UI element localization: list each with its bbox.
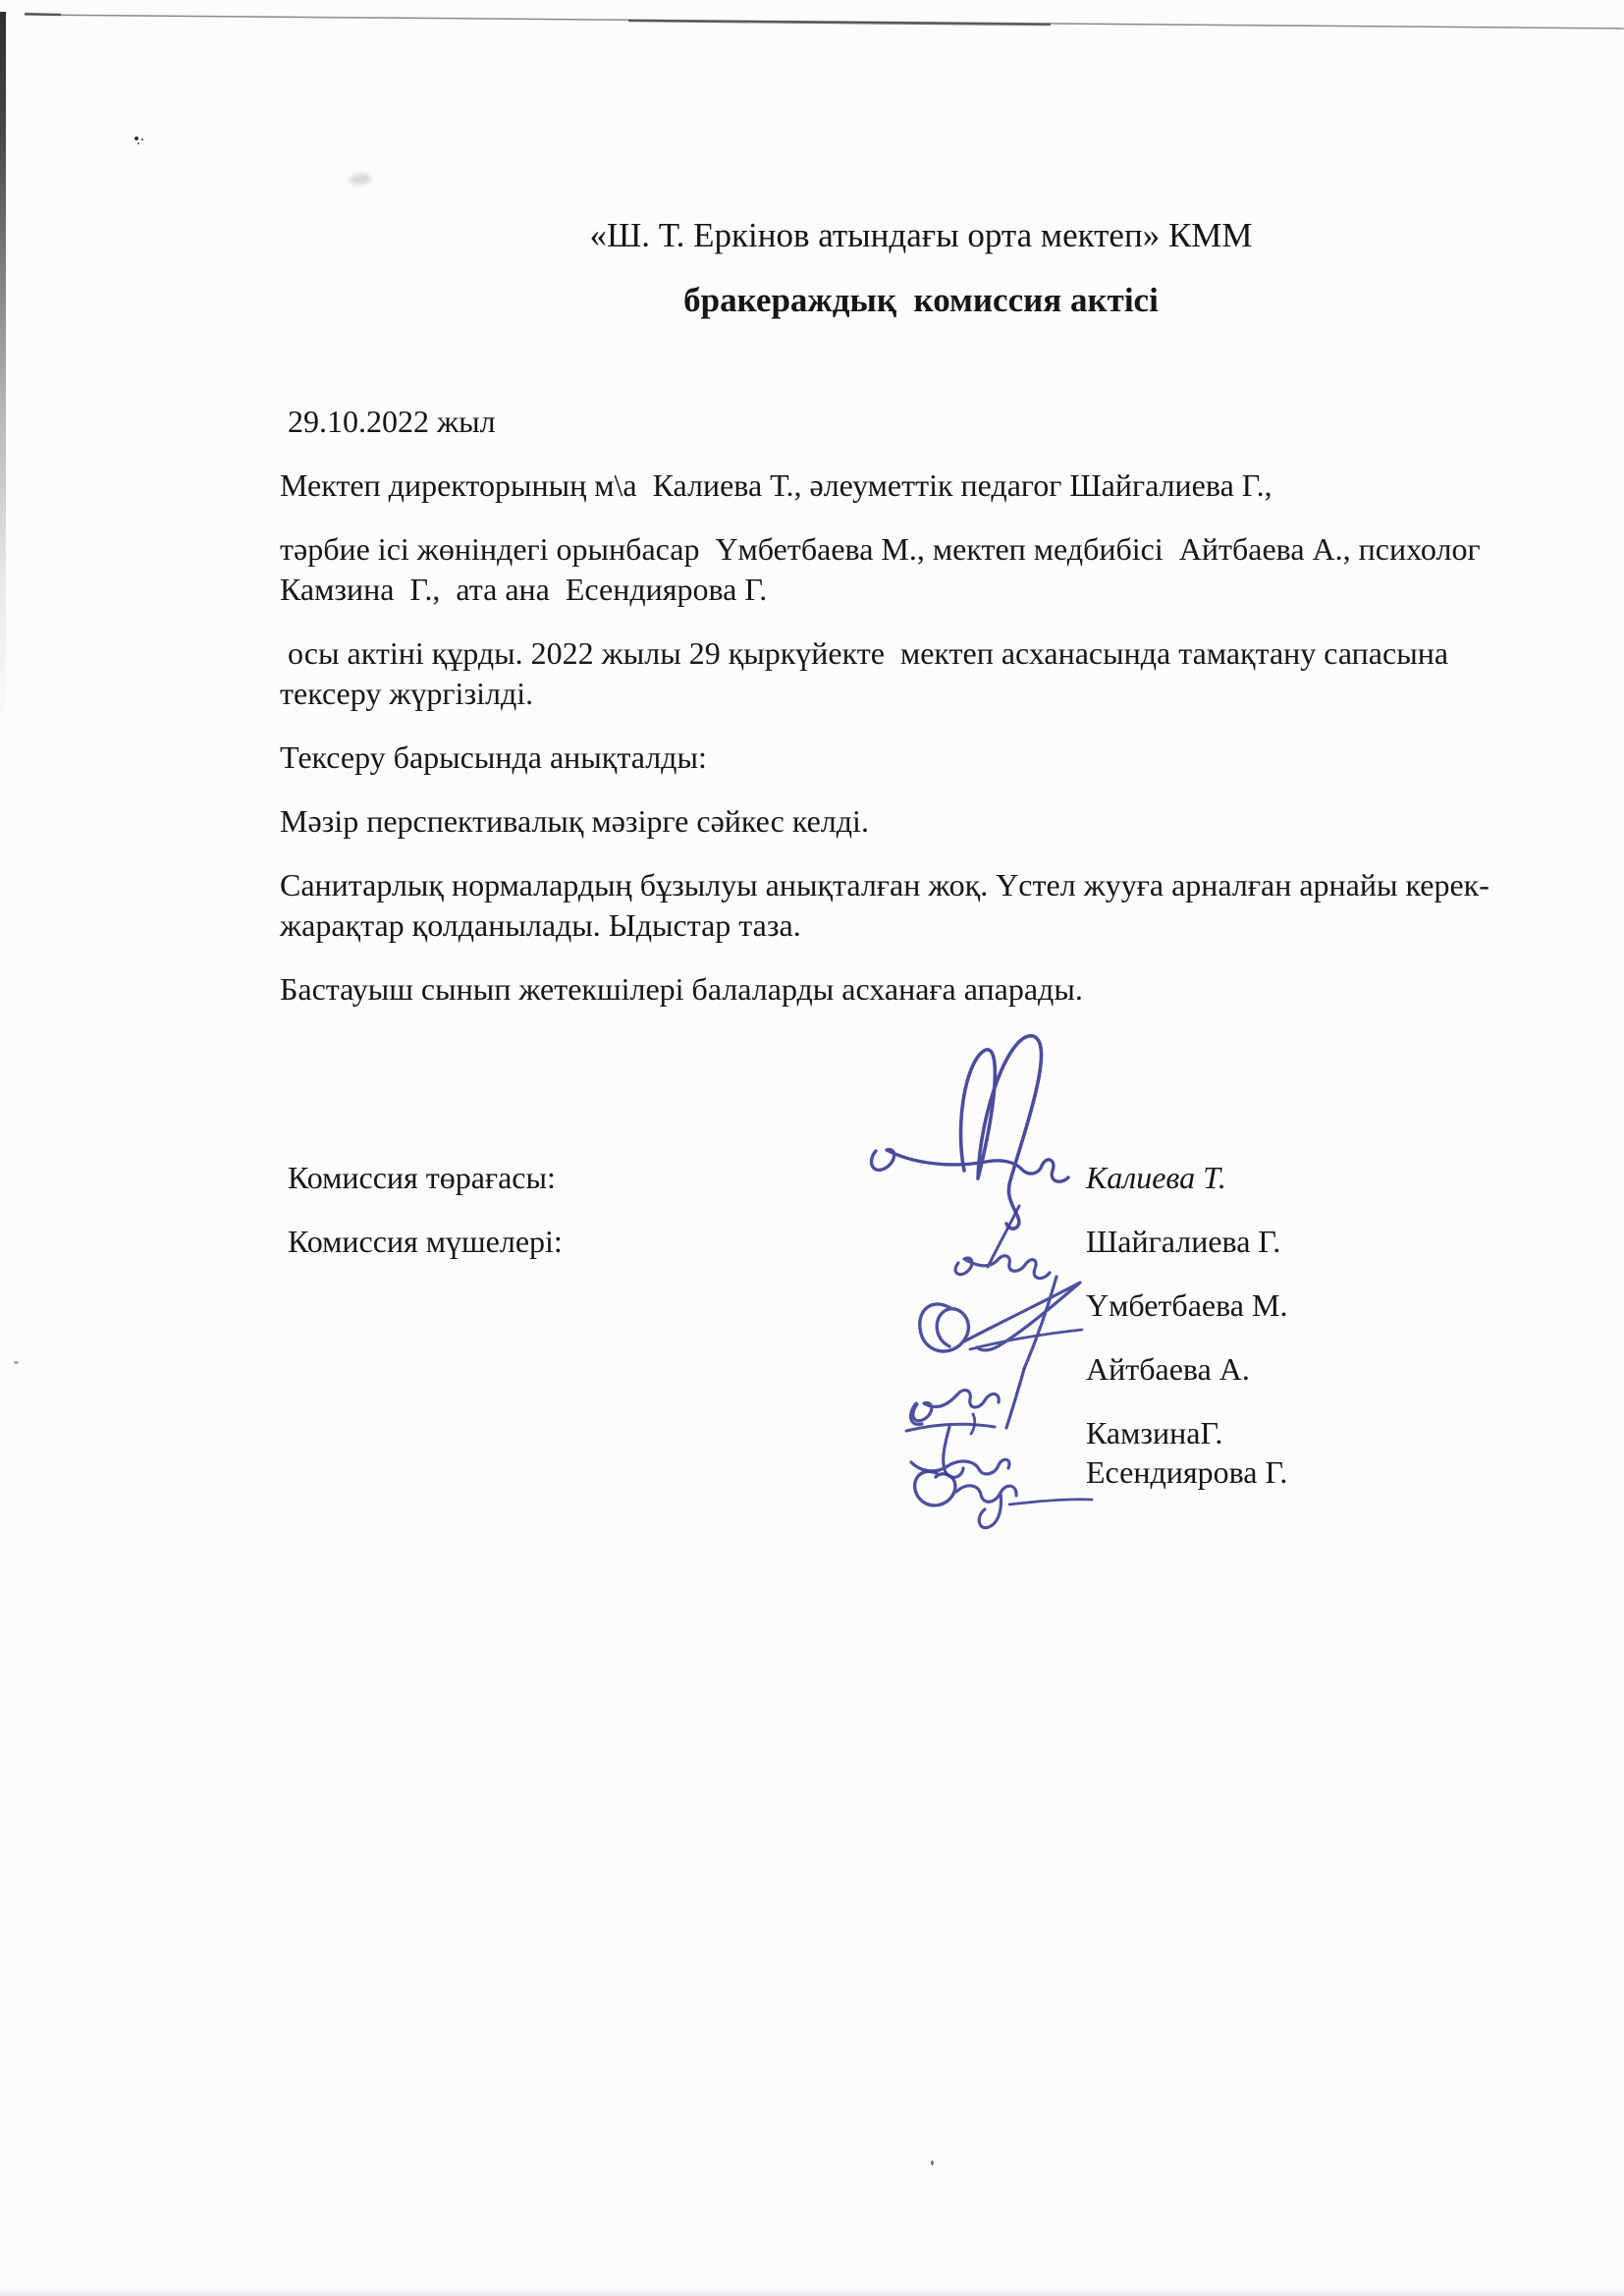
- paragraph-commission-members-1: Мектеп директорының м\а Калиева Т., әлеу…: [280, 465, 1600, 506]
- paragraph-findings-heading: Тексеру барысында анықталды:: [280, 738, 1600, 778]
- document-body: 29.10.2022 жыл Мектеп директорының м\а К…: [280, 402, 1600, 1033]
- scan-smudge: [349, 173, 371, 187]
- scanned-document-page: «Ш. Т. Еркінов атындағы орта мектеп» КММ…: [0, 0, 1624, 2296]
- signature-kalieva-ink: [872, 1036, 1068, 1229]
- paragraph-commission-members-2: тәрбие ісі жөніндегі орынбасар Үмбетбаев…: [280, 529, 1600, 610]
- scan-speck: [135, 137, 138, 140]
- scan-edge-shadow: [0, 12, 6, 729]
- signature-shaigalieva-ink: [955, 1206, 1050, 1279]
- scan-speck: [931, 2160, 934, 2165]
- signature-kamzina-ink: [906, 1424, 1009, 1477]
- scan-speck: [14, 1361, 19, 1364]
- paragraph-sanitary-finding: Санитарлық нормалардың бұзылуы анықталға…: [280, 865, 1600, 946]
- paragraph-menu-finding: Мәзір перспективалық мәзірге сәйкес келд…: [280, 801, 1600, 842]
- signature-esendiyarova-ink: [915, 1471, 1092, 1527]
- document-header: «Ш. Т. Еркінов атындағы орта мектеп» КММ…: [280, 214, 1562, 322]
- paragraph-act-purpose: осы актіні құрды. 2022 жылы 29 қыркүйект…: [280, 633, 1600, 714]
- scan-edge-shadow-bottom: [0, 2287, 1624, 2296]
- document-title: «Ш. Т. Еркінов атындағы орта мектеп» КММ: [280, 214, 1562, 257]
- scan-edge-line: [0, 0, 1624, 43]
- signature-umbetbaeva-ink: [920, 1277, 1082, 1369]
- document-subtitle: бракераждық комиссия актісі: [280, 279, 1562, 322]
- members-label: Комиссия мүшелері:: [288, 1222, 563, 1262]
- signatures-ink: [854, 1002, 1119, 1542]
- chairman-label: Комиссия төрағасы:: [288, 1158, 556, 1198]
- document-date: 29.10.2022 жыл: [280, 402, 1600, 442]
